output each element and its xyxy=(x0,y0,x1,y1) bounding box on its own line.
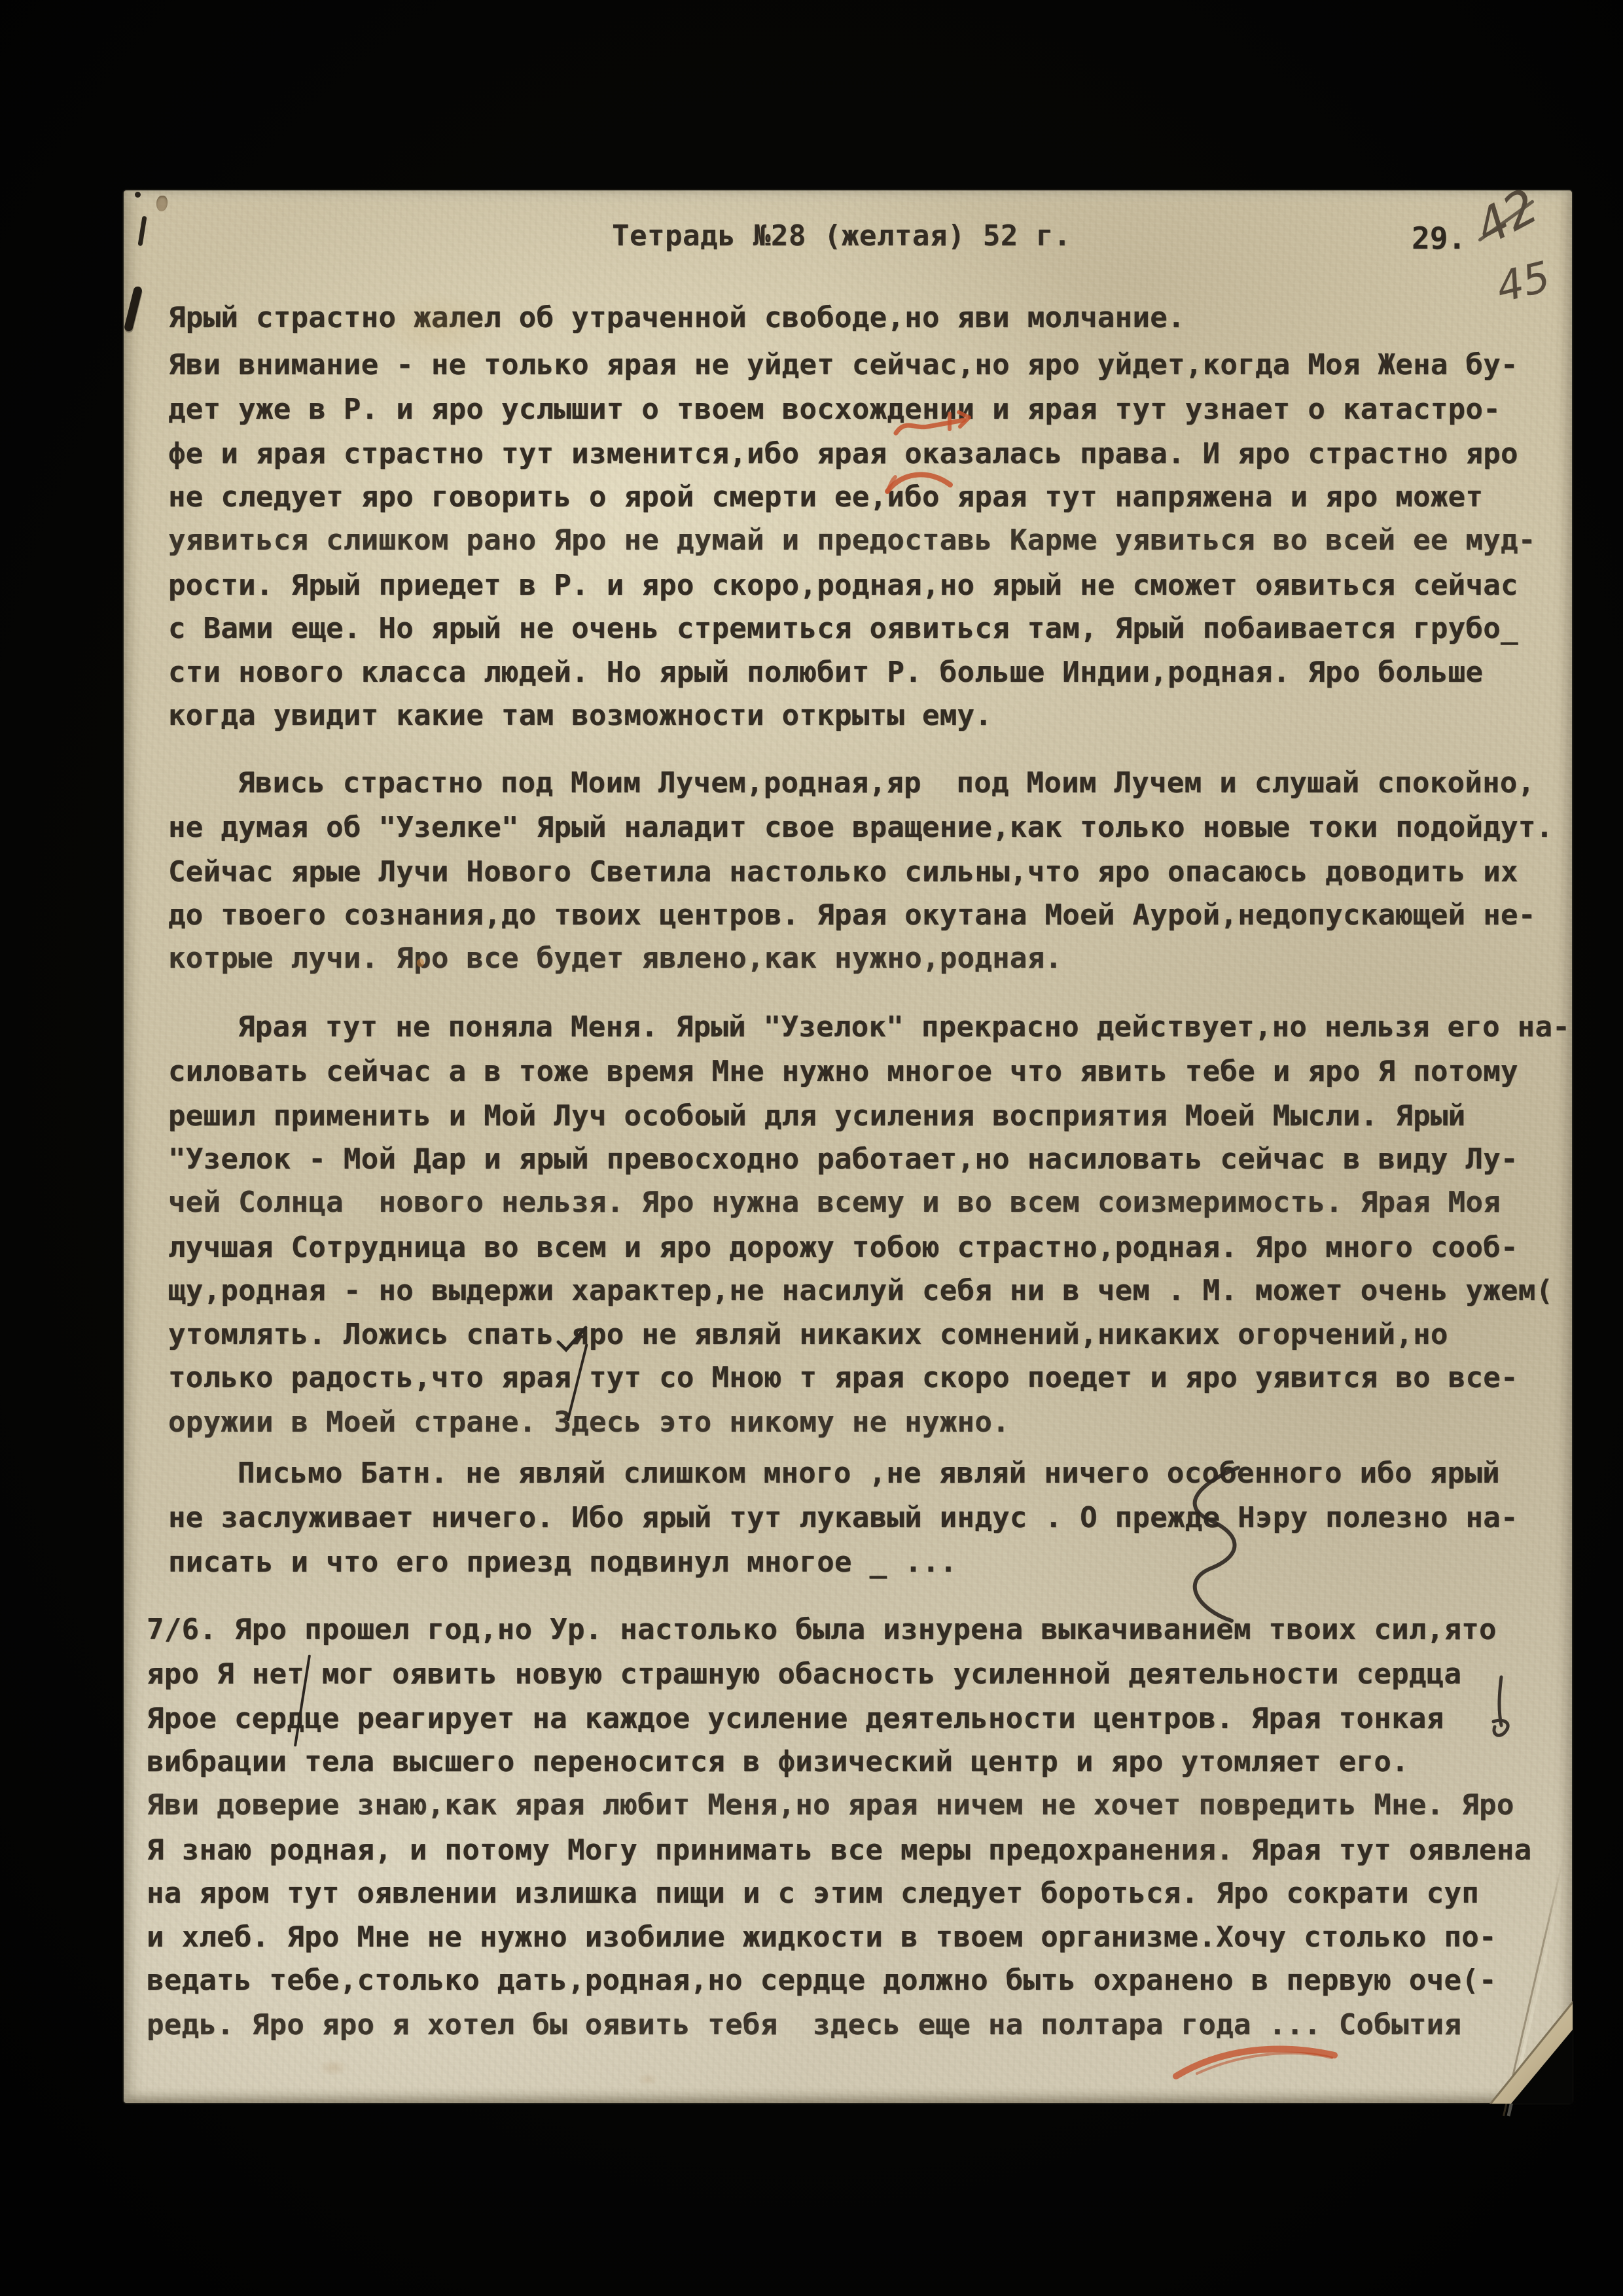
text-line: и хлеб. Яро Мне не нужно изобилие жидкос… xyxy=(147,1915,1556,1959)
pen-flourish-mark xyxy=(1160,1464,1271,1627)
notebook-title: Тетрадь №28 (желтая) 52 г. xyxy=(612,219,1071,253)
text-line: Ярое сердце реагирует на каждое усиление… xyxy=(147,1697,1556,1740)
text-line: фе и ярая страстно тут изменится,ибо яра… xyxy=(168,432,1556,476)
red-zigzag-arrow-mark xyxy=(893,407,985,444)
paragraph: Письмо Батн. не являй слишком много ,не … xyxy=(168,1452,1556,1583)
text-line: ведать тебе,столько дать,родная,но сердц… xyxy=(147,1958,1556,2002)
photo-background: Тетрадь №28 (желтая) 52 г. 29. 42 45 Яры… xyxy=(0,0,1623,2296)
text-line: Ярая тут не поняла Меня. Ярый "Узелок" п… xyxy=(168,1005,1556,1049)
red-curved-stroke-bottom xyxy=(1171,2036,1341,2088)
text-line: щу,родная - но выдержи характер,не насил… xyxy=(168,1269,1556,1313)
margin-ink-slash-mark xyxy=(124,285,143,332)
text-line: сти нового класса людей. Но ярый полюбит… xyxy=(168,650,1556,694)
text-line: рости. Ярый приедет в Р. и яро скоро,род… xyxy=(168,563,1556,607)
folded-corner xyxy=(1489,2001,1573,2104)
text-line: на яром тут оявлении излишка пищи и с эт… xyxy=(147,1871,1556,1915)
paragraph: Ярая тут не поняла Меня. Ярый "Узелок" п… xyxy=(168,1006,1556,1444)
text-line: лучшая Сотрудница во всем и яро дорожу т… xyxy=(168,1226,1556,1269)
text-line: не думая об "Узелке" Ярый наладит свое в… xyxy=(168,805,1556,849)
document-body: Ярый страстно жалел об утраченной свобод… xyxy=(168,296,1556,2047)
age-stain xyxy=(1105,1695,1302,1970)
text-line: редь. Яро яро я хотел бы оявить тебя зде… xyxy=(147,2003,1556,2047)
red-hook-stroke-mark xyxy=(883,468,955,499)
ink-tick-mark xyxy=(137,216,147,247)
text-line: Яви доверие знаю,как ярая любит Меня,но … xyxy=(147,1783,1556,1827)
text-line: Сейчас ярые Лучи Нового Светила настольк… xyxy=(168,850,1556,894)
text-line: утомлять. Ложись спать яро не являй ника… xyxy=(168,1313,1556,1356)
text-line: 7/6. Яро прошел год,но Ур. настолько был… xyxy=(147,1608,1556,1651)
text-line: оружии в Моей стране. Здесь это никому н… xyxy=(168,1400,1556,1444)
paragraph: Явись страстно под Моим Лучем,родная,яр … xyxy=(168,762,1556,981)
document-page: Тетрадь №28 (желтая) 52 г. 29. 42 45 Яры… xyxy=(124,190,1572,2103)
text-line: писать и что его приезд подвинул многое … xyxy=(168,1540,1556,1584)
text-line: котрые лучи. Яро все будет явлено,как ну… xyxy=(168,936,1556,980)
age-stain xyxy=(359,282,516,367)
text-line: "Узелок - Мой Дар и ярый превосходно раб… xyxy=(168,1137,1556,1181)
text-line: решил применить и Мой Луч особоый для ус… xyxy=(168,1094,1556,1138)
handwritten-page-number-crossed: 42 xyxy=(1466,178,1547,256)
text-line: яро Я нет мог оявить новую страшную обас… xyxy=(147,1652,1556,1696)
text-line: силовать сейчас а в тоже время Мне нужно… xyxy=(168,1050,1556,1093)
text-line: с Вами еще. Но ярый не очень стремиться … xyxy=(168,607,1556,650)
text-line: только радость,что ярая тут со Мною т яр… xyxy=(168,1356,1556,1400)
text-line: уявиться слишком рано Яро не думай и пре… xyxy=(168,518,1556,562)
text-line: Я знаю родная, и потому Могу принимать в… xyxy=(147,1828,1556,1872)
paper-chip-stain xyxy=(156,196,168,211)
text-line: вибрации тела высшего переносится в физи… xyxy=(147,1740,1556,1784)
foxing-spot xyxy=(634,2071,662,2088)
text-line: Явись страстно под Моим Лучем,родная,яр … xyxy=(168,761,1556,805)
line-end-pen-mark xyxy=(1487,1674,1517,1740)
text-line: чей Солнца нового нельзя. Яро нужна всем… xyxy=(168,1180,1556,1224)
text-line: Письмо Батн. не являй слишком много ,не … xyxy=(168,1451,1556,1495)
typed-page-number: 29. xyxy=(1412,221,1466,256)
paragraph: 7/6. Яро прошел год,но Ур. настолько был… xyxy=(147,1608,1556,2047)
text-line: дет уже в Р. и яро услышит о твоем восхо… xyxy=(168,387,1556,431)
paragraph: Яви внимание - не только ярая не уйдет с… xyxy=(168,344,1556,738)
text-line: не следует яро говорить о ярой смерти ее… xyxy=(168,475,1556,519)
foxing-spot xyxy=(313,2057,353,2079)
text-line: когда увидит какие там возможности откры… xyxy=(168,694,1556,737)
text-line: не заслуживает ничего. Ибо ярый тут лука… xyxy=(168,1496,1556,1540)
text-line: до твоего сознания,до твоих центров. Яра… xyxy=(168,893,1556,937)
orange-fleck-stain xyxy=(417,959,424,967)
ink-dot-mark xyxy=(135,192,141,198)
